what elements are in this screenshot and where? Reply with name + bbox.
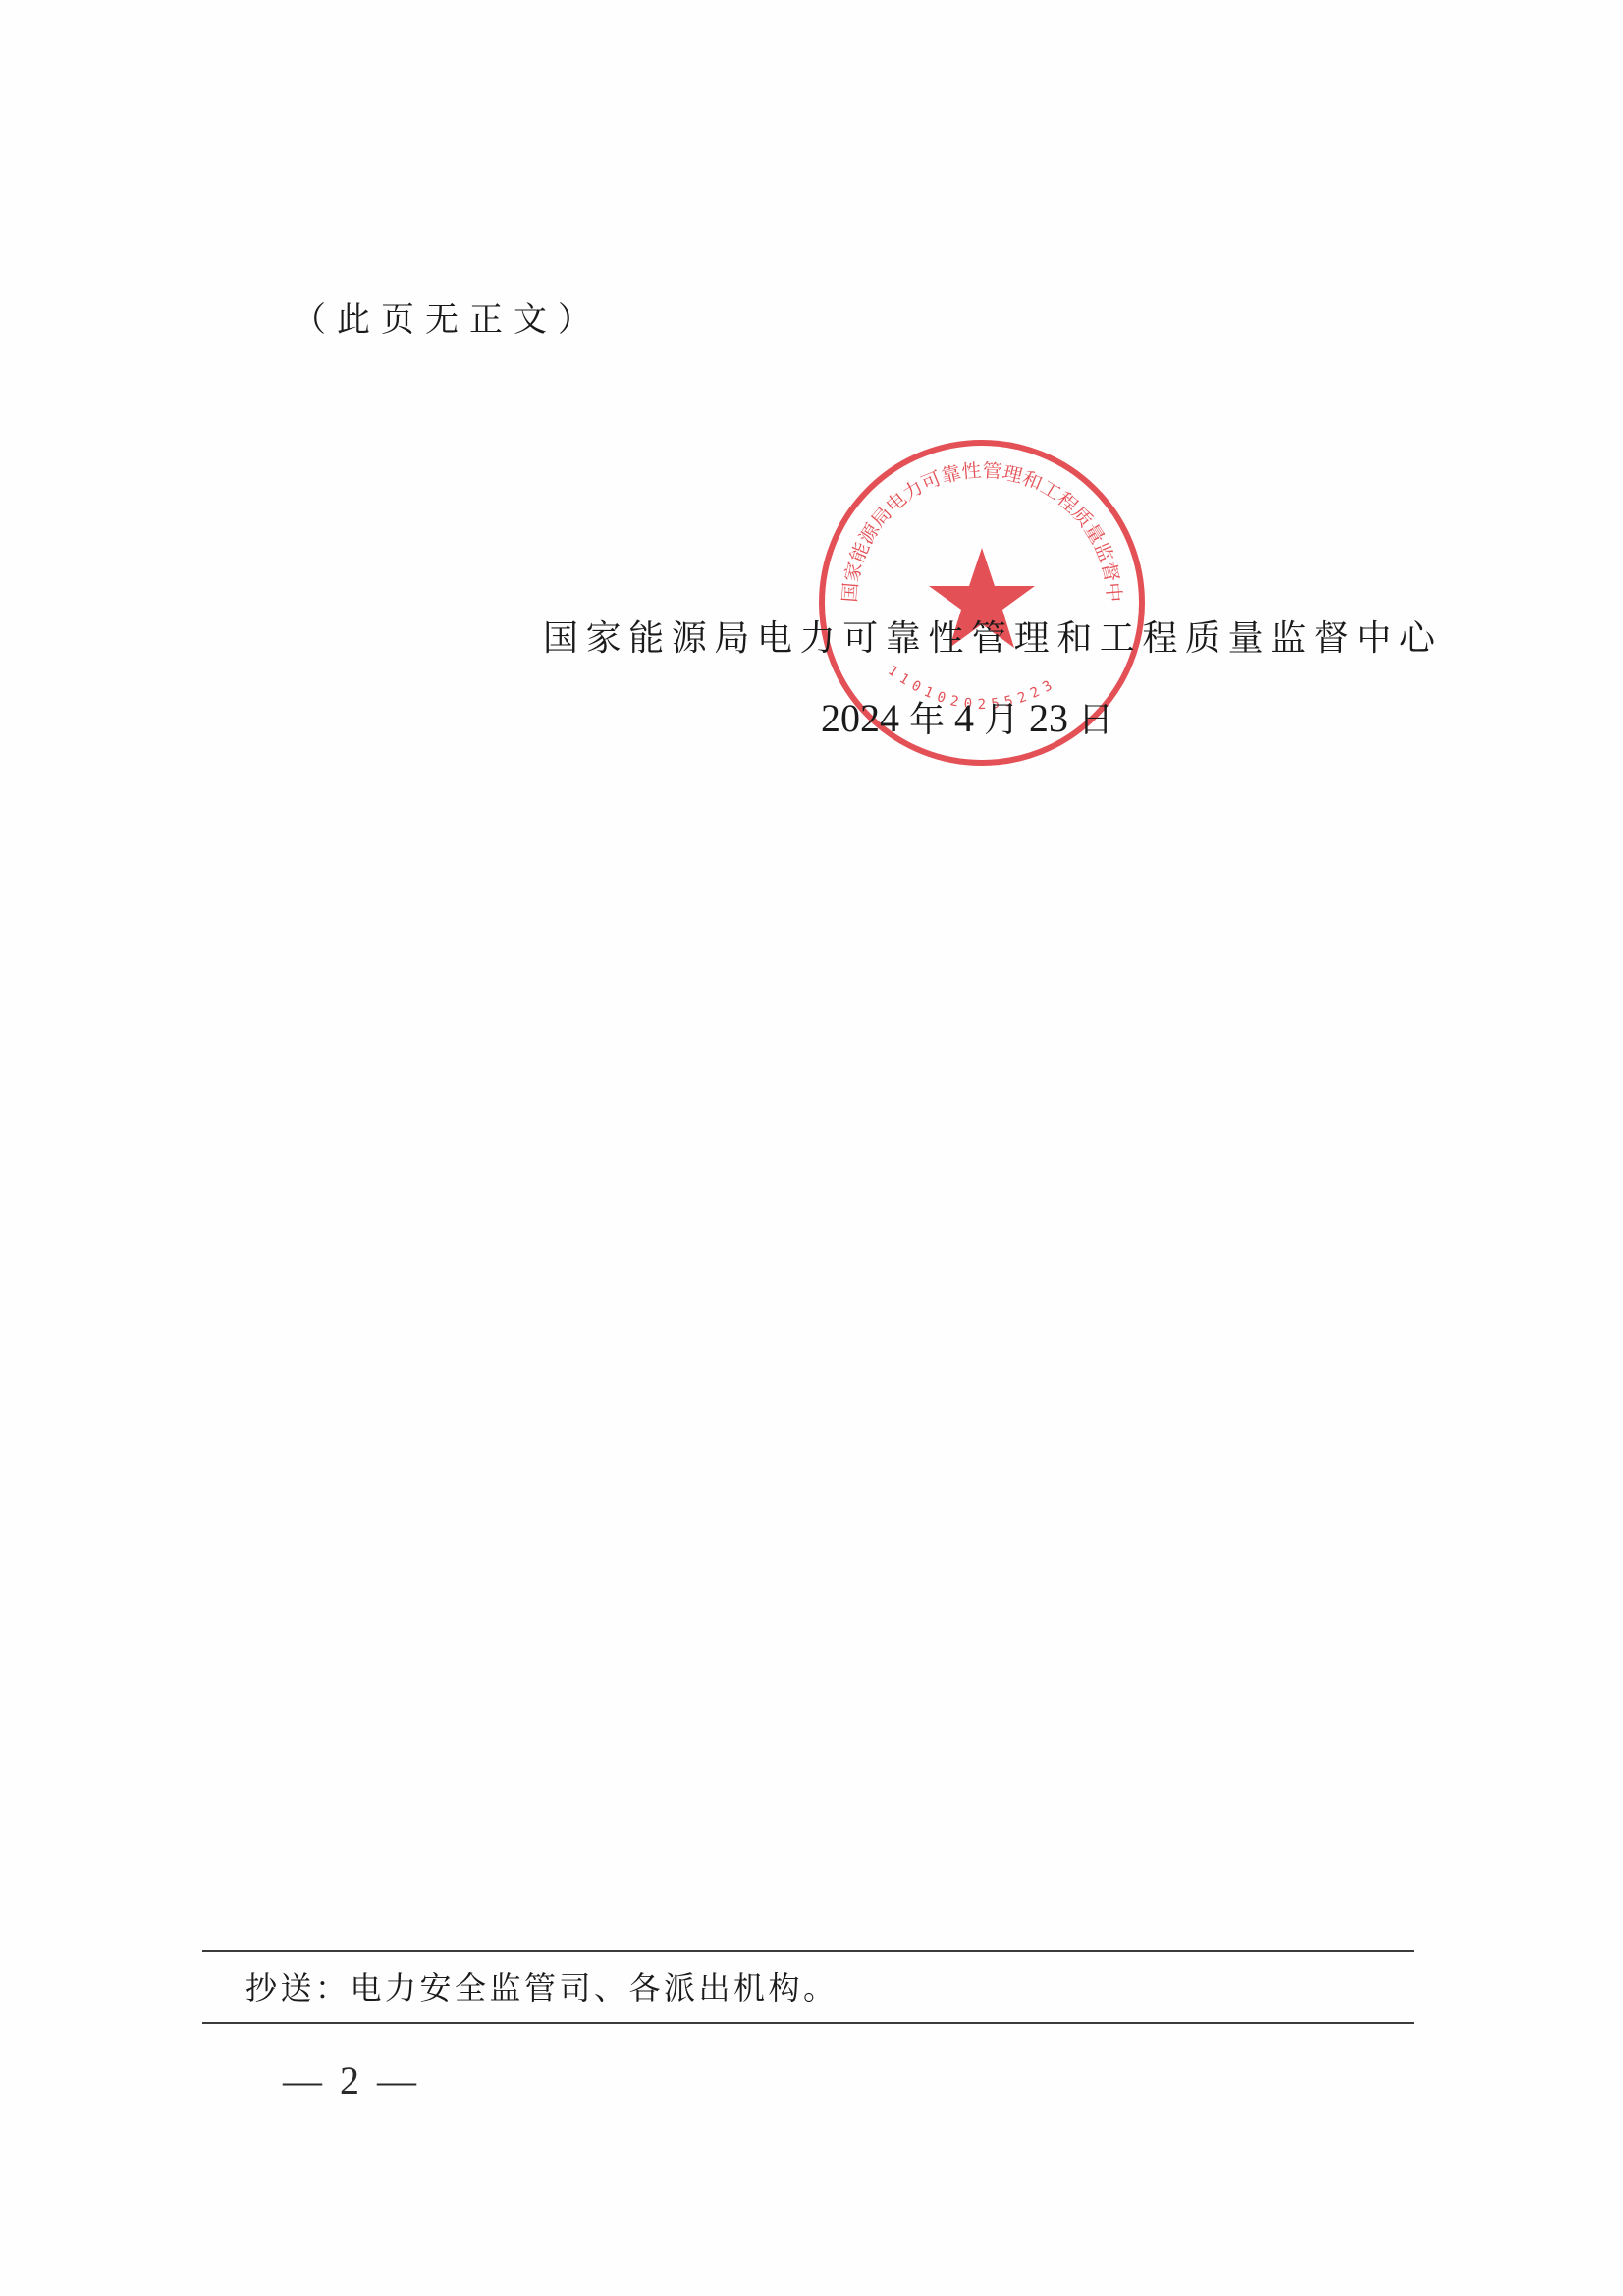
document-page: （此页无正文） 国家能源局电力可靠性管理和工程质量监督中心 1101020255… [0,0,1623,2296]
cc-label: 抄送： [245,1969,351,2006]
date-day: 23 [1029,696,1068,740]
date-month: 4 [954,696,974,740]
cc-divider-bottom [202,2022,1414,2024]
cc-line: 抄送：电力安全监管司、各派出机构。 [245,1965,839,2010]
date-year-unit: 年 [909,700,945,740]
cc-recipients: 电力安全监管司、各派出机构。 [351,1969,839,2006]
date-year: 2024 [821,696,899,740]
date-day-unit: 日 [1078,700,1113,740]
signature-organization: 国家能源局电力可靠性管理和工程质量监督中心 [543,615,1442,663]
seal-ring-text: 国家能源局电力可靠性管理和工程质量监督中心 [813,434,1125,603]
signature-date: 2024 年 4 月 23 日 [821,693,1113,746]
cc-divider-top [202,1950,1414,1952]
no-body-note: （此页无正文） [293,296,602,344]
page-number: — 2 — [283,2059,416,2103]
date-month-unit: 月 [984,700,1019,740]
